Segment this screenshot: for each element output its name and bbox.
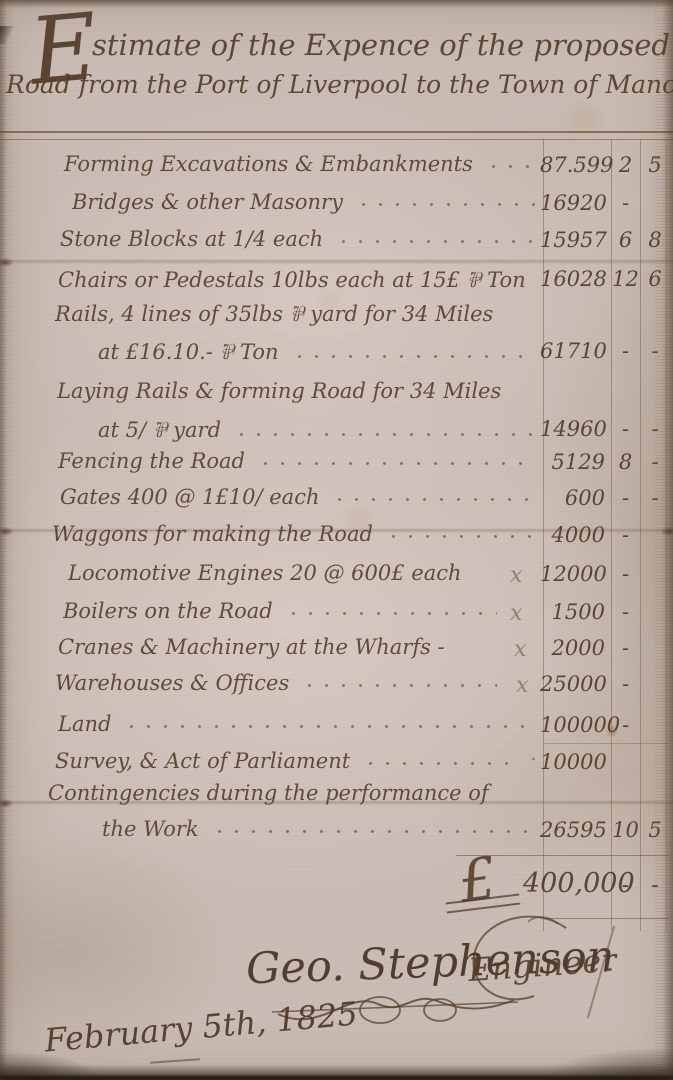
item-description: Rails, 4 lines of 35lbs ⅌ yard for 34 Mi… xyxy=(55,300,493,328)
amount-pounds: 14960 xyxy=(540,417,608,441)
amount-shillings: - xyxy=(612,672,639,696)
amount-pounds: 1500 xyxy=(540,600,608,624)
table-row: Survey, & Act of Parliament 10000 xyxy=(0,749,673,779)
table-row: Fencing the Road 5129 8 - xyxy=(0,449,673,479)
paper-edge-left xyxy=(0,0,7,1080)
amount-pounds: 26595 xyxy=(540,818,608,842)
dotted-leader xyxy=(301,682,497,689)
dotted-leader xyxy=(291,353,535,360)
item-description: Bridges & other Masonry xyxy=(72,190,343,214)
dotted-leader xyxy=(362,760,512,767)
table-row: Locomotive Engines 20 @ 600£ each 12000 … xyxy=(0,561,673,591)
document-page: E stimate of the Expence of the proposed… xyxy=(0,0,673,1080)
amount-shillings: 6 xyxy=(612,228,639,252)
amount-pounds: 600 xyxy=(540,486,608,510)
item-description: Chairs or Pedestals 10lbs each at 15£ ⅌ … xyxy=(58,266,526,294)
dotted-leader xyxy=(285,610,497,617)
item-description-line2: at £16.10.- ⅌ Ton xyxy=(98,338,279,366)
amount-shillings: - xyxy=(612,417,639,441)
total-amount: 400,000 xyxy=(523,868,618,899)
table-row: Chairs or Pedestals 10lbs each at 15£ ⅌ … xyxy=(0,266,673,296)
item-description-line2: at 5/ ⅌ yard xyxy=(98,416,221,444)
item-description: Contingencies during the performance of xyxy=(48,781,489,805)
amount-shillings: - xyxy=(612,486,639,510)
table-row: Contingencies during the performance of xyxy=(0,781,673,811)
item-description: Waggons for making the Road xyxy=(52,522,373,546)
item-description-line2: the Work xyxy=(102,817,199,841)
table-row: Forming Excavations & Embankments 87.599… xyxy=(0,152,673,182)
pencil-check-mark: x xyxy=(510,601,522,626)
table-row: Land 100000 - xyxy=(0,712,673,742)
table-row-continuation: at £16.10.- ⅌ Ton 61710 - - xyxy=(0,338,673,368)
table-row: Gates 400 @ 1£10/ each 600 - - xyxy=(0,485,673,515)
amount-pounds: 4000 xyxy=(540,523,608,547)
table-row: Waggons for making the Road 4000 - xyxy=(0,522,673,552)
table-row: Stone Blocks at 1/4 each 15957 6 8 xyxy=(0,227,673,257)
dotted-leader xyxy=(331,496,535,503)
item-description: Land xyxy=(58,712,111,736)
amount-shillings: - xyxy=(612,339,639,363)
table-row: Laying Rails & forming Road for 34 Miles xyxy=(0,379,673,409)
amount-shillings: 12 xyxy=(612,267,639,291)
title-line-1: stimate of the Expence of the proposed R… xyxy=(92,28,673,62)
dotted-leader xyxy=(257,460,535,467)
pencil-dot-mark: · xyxy=(530,748,537,773)
amount-pounds: 10000 xyxy=(540,750,608,774)
amount-pounds: 5129 xyxy=(540,450,608,474)
amount-shillings: 2 xyxy=(612,153,639,177)
title-underline-double-rule xyxy=(0,131,673,140)
fold-crease xyxy=(0,259,673,265)
date-flourish xyxy=(150,1058,200,1063)
amount-shillings: 10 xyxy=(612,818,639,842)
dotted-leader xyxy=(211,828,535,835)
table-row: Boilers on the Road 1500 - xyxy=(0,599,673,629)
table-row-continuation: at 5/ ⅌ yard 14960 - - xyxy=(0,416,673,446)
amount-pounds: 16028 xyxy=(540,267,608,291)
amount-pounds: 100000 xyxy=(540,713,608,737)
amount-pounds: 12000 xyxy=(540,562,608,586)
amount-pounds: 61710 xyxy=(540,339,608,363)
item-description: Gates 400 @ 1£10/ each xyxy=(60,485,319,509)
dotted-leader xyxy=(123,723,535,730)
item-description: Cranes & Machinery at the Wharfs - xyxy=(58,635,445,659)
item-description: Stone Blocks at 1/4 each xyxy=(60,227,323,251)
dotted-leader xyxy=(355,201,535,208)
amount-pounds: 87.599 xyxy=(540,153,608,177)
total-shillings: - xyxy=(612,873,639,898)
table-row-continuation: the Work 26595 10 5 xyxy=(0,817,673,847)
ledger-rule xyxy=(543,743,669,744)
amount-pounds: 15957 xyxy=(540,228,608,252)
amount-pounds: 16920 xyxy=(540,191,608,215)
paper-edge-bottom xyxy=(0,1064,673,1080)
paper-edge-top xyxy=(0,0,673,8)
amount-shillings: 8 xyxy=(612,450,639,474)
pencil-check-mark: x xyxy=(516,673,528,698)
dotted-leader xyxy=(335,238,535,245)
item-description: Locomotive Engines 20 @ 600£ each xyxy=(68,561,462,585)
table-row: Warehouses & Offices 25000 - xyxy=(0,671,673,701)
amount-shillings: - xyxy=(612,636,639,660)
table-row: Rails, 4 lines of 35lbs ⅌ yard for 34 Mi… xyxy=(0,300,673,330)
item-description: Forming Excavations & Embankments xyxy=(64,152,473,176)
pencil-check-mark: x xyxy=(514,637,526,662)
amount-pounds: 2000 xyxy=(540,636,608,660)
document-date: February 5th, 1825 xyxy=(43,994,359,1059)
amount-shillings: - xyxy=(612,713,639,737)
table-row: Bridges & other Masonry 16920 - xyxy=(0,190,673,220)
item-description: Laying Rails & forming Road for 34 Miles xyxy=(57,379,501,403)
item-description: Fencing the Road xyxy=(58,449,245,473)
item-description: Warehouses & Offices xyxy=(55,671,289,695)
pencil-check-mark: x xyxy=(510,563,522,588)
amount-pounds: 25000 xyxy=(540,672,608,696)
amount-shillings: - xyxy=(612,600,639,624)
title-line-2: Road from the Port of Liverpool to the T… xyxy=(6,70,673,99)
amount-shillings: - xyxy=(612,191,639,215)
dotted-leader xyxy=(385,533,535,540)
amount-shillings: - xyxy=(612,523,639,547)
table-row: Cranes & Machinery at the Wharfs - 2000 … xyxy=(0,635,673,665)
amount-shillings: - xyxy=(612,562,639,586)
dotted-leader xyxy=(485,163,535,170)
item-description: Boilers on the Road xyxy=(63,599,273,623)
item-description: Survey, & Act of Parliament xyxy=(55,749,350,773)
paper-edge-right xyxy=(662,0,673,1080)
dotted-leader xyxy=(233,431,535,438)
